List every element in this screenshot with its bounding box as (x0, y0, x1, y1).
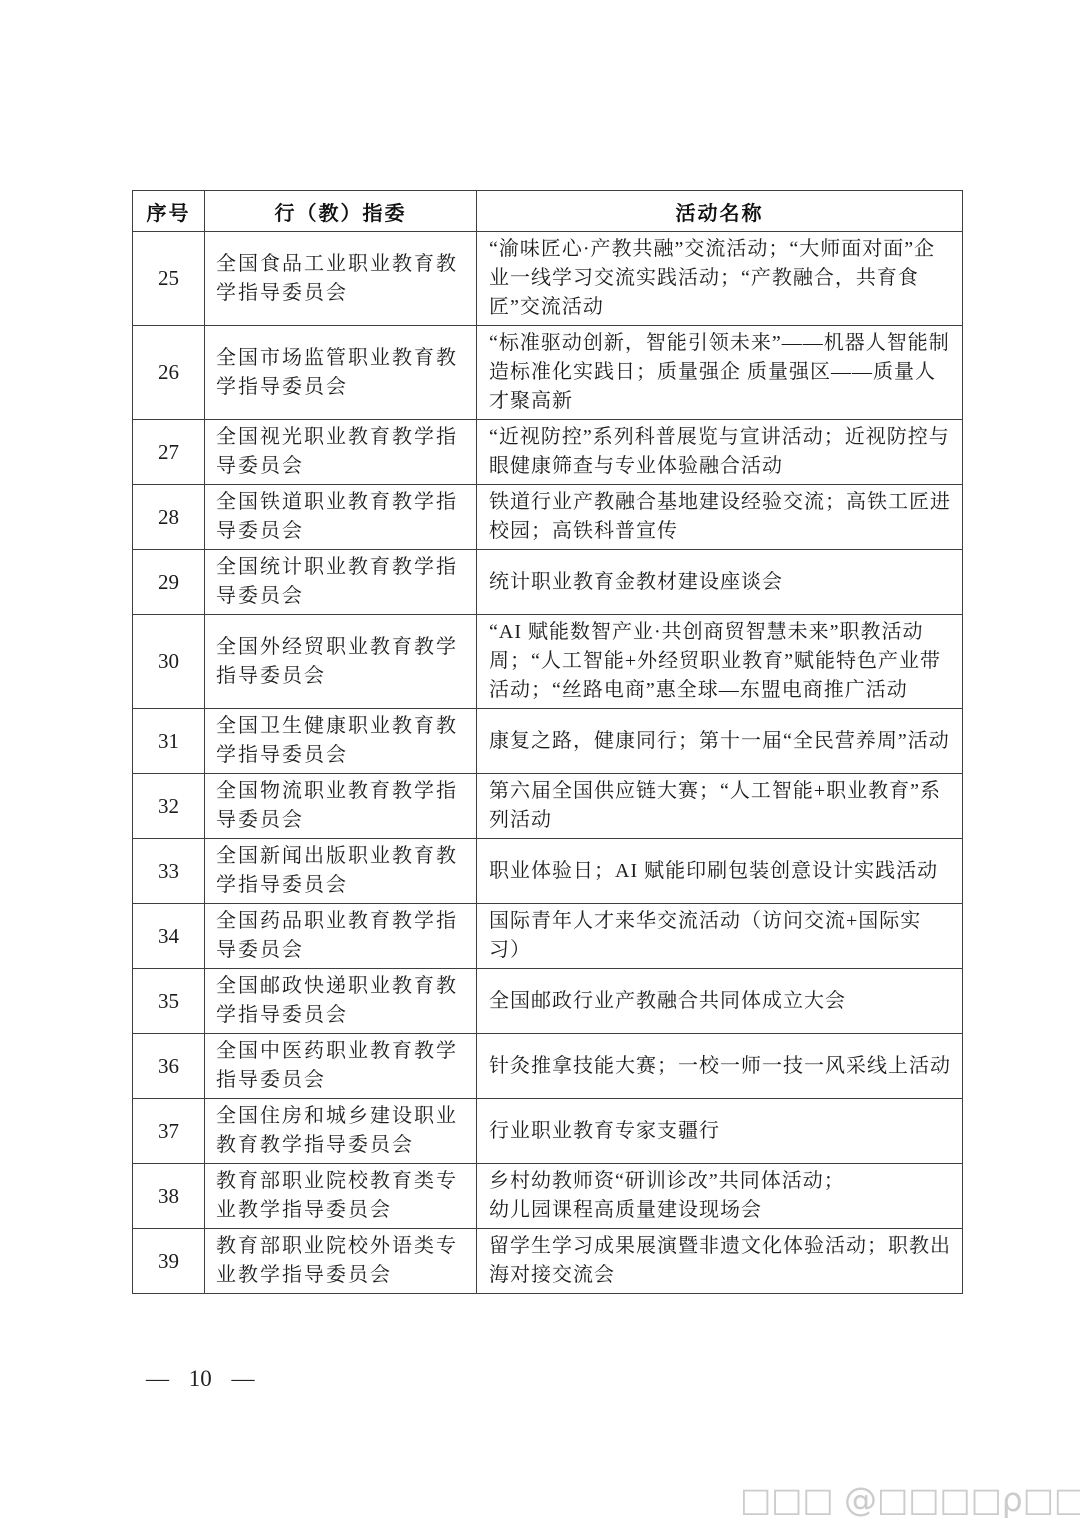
page-number: — 10 — (146, 1366, 255, 1392)
committee-cell: 全国食品工业职业教育教学指导委员会 (205, 232, 477, 326)
header-activity-name: 活动名称 (477, 191, 963, 232)
table-row: 34全国药品职业教育教学指导委员会国际青年人才来华交流活动（访问交流+国际实习） (133, 904, 963, 969)
committee-cell: 教育部职业院校外语类专业教学指导委员会 (205, 1229, 477, 1294)
row-number-cell: 37 (133, 1099, 205, 1164)
committee-cell: 全国住房和城乡建设职业教育教学指导委员会 (205, 1099, 477, 1164)
committee-cell: 全国市场监管职业教育教学指导委员会 (205, 326, 477, 420)
row-number-cell: 34 (133, 904, 205, 969)
table-row: 26全国市场监管职业教育教学指导委员会“标准驱动创新，智能引领未来”——机器人智… (133, 326, 963, 420)
committee-cell: 全国铁道职业教育教学指导委员会 (205, 485, 477, 550)
table-row: 30全国外经贸职业教育教学指导委员会“AI 赋能数智产业·共创商贸智慧未来”职教… (133, 615, 963, 709)
table-row: 39教育部职业院校外语类专业教学指导委员会留学生学习成果展演暨非遗文化体验活动；… (133, 1229, 963, 1294)
table-row: 33全国新闻出版职业教育教学指导委员会职业体验日；AI 赋能印刷包装创意设计实践… (133, 839, 963, 904)
row-number-cell: 31 (133, 709, 205, 774)
activity-cell: 留学生学习成果展演暨非遗文化体验活动；职教出海对接交流会 (477, 1229, 963, 1294)
header-serial-number: 序号 (133, 191, 205, 232)
activity-cell: 针灸推拿技能大赛；一校一师一技一风采线上活动 (477, 1034, 963, 1099)
activity-cell: 统计职业教育金教材建设座谈会 (477, 550, 963, 615)
committee-cell: 全国外经贸职业教育教学指导委员会 (205, 615, 477, 709)
row-number-cell: 38 (133, 1164, 205, 1229)
row-number-cell: 35 (133, 969, 205, 1034)
row-number-cell: 26 (133, 326, 205, 420)
table-row: 35全国邮政快递职业教育教学指导委员会全国邮政行业产教融合共同体成立大会 (133, 969, 963, 1034)
table-row: 37全国住房和城乡建设职业教育教学指导委员会行业职业教育专家支疆行 (133, 1099, 963, 1164)
row-number-cell: 25 (133, 232, 205, 326)
activity-cell: 康复之路，健康同行；第十一届“全民营养周”活动 (477, 709, 963, 774)
table-row: 29全国统计职业教育教学指导委员会统计职业教育金教材建设座谈会 (133, 550, 963, 615)
activity-cell: 铁道行业产教融合基地建设经验交流；高铁工匠进校园；高铁科普宣传 (477, 485, 963, 550)
table-row: 31全国卫生健康职业教育教学指导委员会康复之路，健康同行；第十一届“全民营养周”… (133, 709, 963, 774)
row-number-cell: 30 (133, 615, 205, 709)
committee-cell: 全国统计职业教育教学指导委员会 (205, 550, 477, 615)
table-body: 25全国食品工业职业教育教学指导委员会“渝味匠心·产教共融”交流活动；“大师面对… (133, 232, 963, 1294)
committee-cell: 全国物流职业教育教学指导委员会 (205, 774, 477, 839)
table-row: 32全国物流职业教育教学指导委员会第六届全国供应链大赛；“人工智能+职业教育”系… (133, 774, 963, 839)
activity-cell: 全国邮政行业产教融合共同体成立大会 (477, 969, 963, 1034)
row-number-cell: 27 (133, 420, 205, 485)
table-row: 25全国食品工业职业教育教学指导委员会“渝味匠心·产教共融”交流活动；“大师面对… (133, 232, 963, 326)
committee-cell: 全国药品职业教育教学指导委员会 (205, 904, 477, 969)
committee-cell: 全国卫生健康职业教育教学指导委员会 (205, 709, 477, 774)
table-header-row: 序号 行（教）指委 活动名称 (133, 191, 963, 232)
table-row: 36全国中医药职业教育教学指导委员会针灸推拿技能大赛；一校一师一技一风采线上活动 (133, 1034, 963, 1099)
activities-table: 序号 行（教）指委 活动名称 25全国食品工业职业教育教学指导委员会“渝味匠心·… (132, 190, 963, 1294)
row-number-cell: 39 (133, 1229, 205, 1294)
header-committee: 行（教）指委 (205, 191, 477, 232)
activity-cell: “近视防控”系列科普展览与宣讲活动；近视防控与眼健康筛查与专业体验融合活动 (477, 420, 963, 485)
row-number-cell: 33 (133, 839, 205, 904)
activity-cell: 国际青年人才来华交流活动（访问交流+国际实习） (477, 904, 963, 969)
watermark: □□□ @□□□□ρ□□□□ (740, 1482, 1080, 1518)
committee-cell: 教育部职业院校教育类专业教学指导委员会 (205, 1164, 477, 1229)
activity-cell: 第六届全国供应链大赛；“人工智能+职业教育”系列活动 (477, 774, 963, 839)
activity-cell: “渝味匠心·产教共融”交流活动；“大师面对面”企业一线学习交流实践活动；“产教融… (477, 232, 963, 326)
row-number-cell: 32 (133, 774, 205, 839)
committee-cell: 全国视光职业教育教学指导委员会 (205, 420, 477, 485)
table-row: 28全国铁道职业教育教学指导委员会铁道行业产教融合基地建设经验交流；高铁工匠进校… (133, 485, 963, 550)
table-row: 38教育部职业院校教育类专业教学指导委员会乡村幼教师资“研训诊改”共同体活动； … (133, 1164, 963, 1229)
row-number-cell: 29 (133, 550, 205, 615)
activity-cell: 乡村幼教师资“研训诊改”共同体活动； 幼儿园课程高质量建设现场会 (477, 1164, 963, 1229)
committee-cell: 全国中医药职业教育教学指导委员会 (205, 1034, 477, 1099)
activity-cell: “AI 赋能数智产业·共创商贸智慧未来”职教活动周；“人工智能+外经贸职业教育”… (477, 615, 963, 709)
committee-cell: 全国邮政快递职业教育教学指导委员会 (205, 969, 477, 1034)
row-number-cell: 28 (133, 485, 205, 550)
activity-cell: “标准驱动创新，智能引领未来”——机器人智能制造标准化实践日；质量强企 质量强区… (477, 326, 963, 420)
activity-cell: 行业职业教育专家支疆行 (477, 1099, 963, 1164)
activity-cell: 职业体验日；AI 赋能印刷包装创意设计实践活动 (477, 839, 963, 904)
row-number-cell: 36 (133, 1034, 205, 1099)
committee-cell: 全国新闻出版职业教育教学指导委员会 (205, 839, 477, 904)
table-row: 27全国视光职业教育教学指导委员会“近视防控”系列科普展览与宣讲活动；近视防控与… (133, 420, 963, 485)
